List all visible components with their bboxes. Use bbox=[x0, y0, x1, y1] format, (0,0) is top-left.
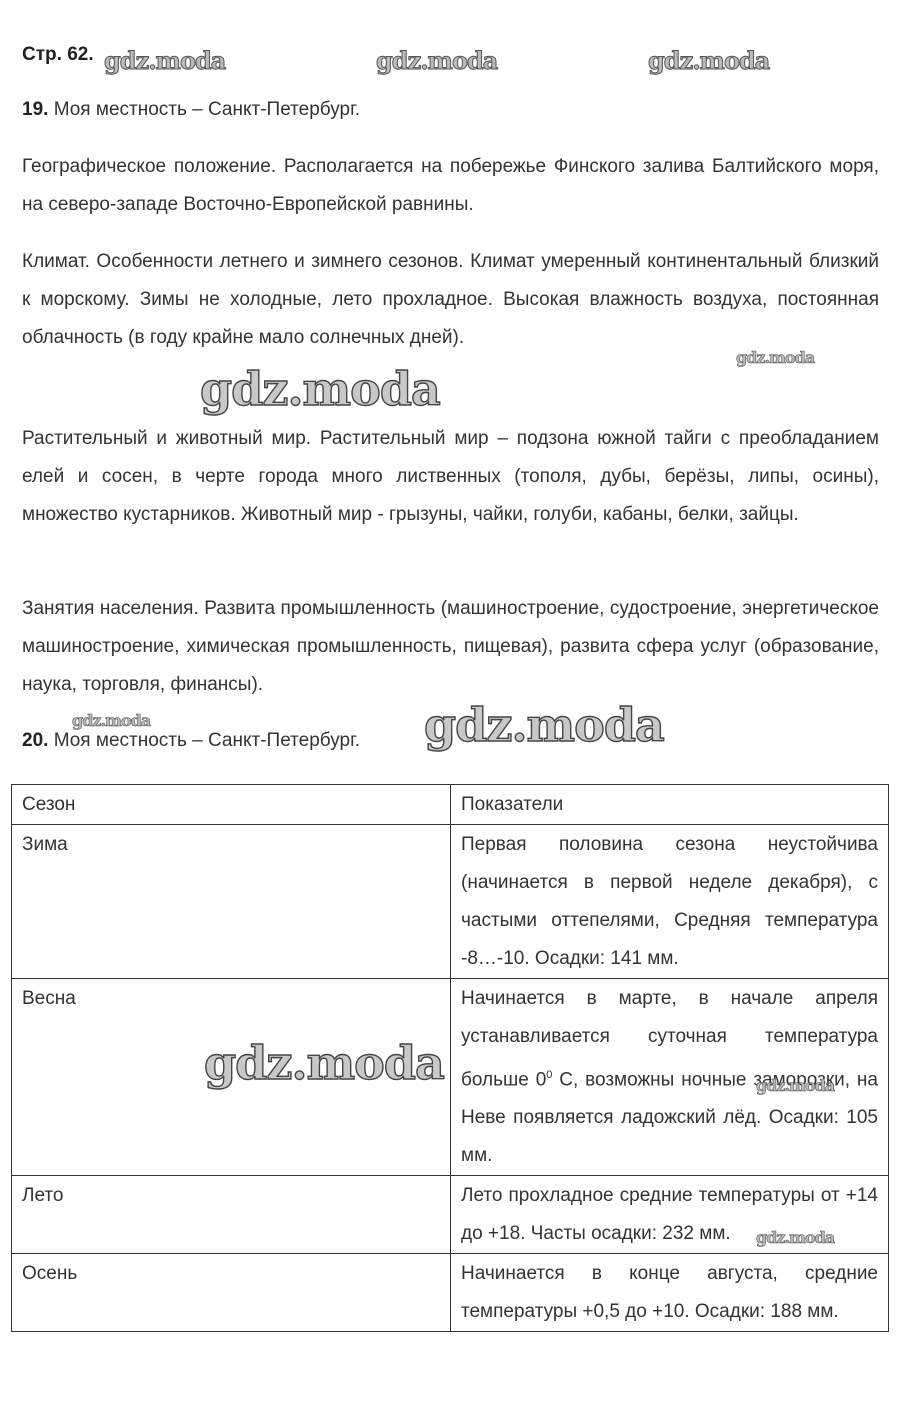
task-19-heading: 19. Моя местность – Санкт-Петербург. bbox=[22, 99, 360, 121]
table-row: Лето Лето прохладное средние температуры… bbox=[12, 1176, 889, 1254]
watermark: gdz.moda bbox=[424, 698, 664, 752]
paragraph-climate: Климат. Особенности летнего и зимнего се… bbox=[22, 243, 879, 357]
watermark: gdz.moda bbox=[104, 46, 225, 75]
season-cell: Зима bbox=[12, 825, 451, 979]
table-header-row: Сезон Показатели bbox=[12, 785, 889, 825]
task-number: 20. bbox=[22, 730, 48, 751]
info-cell: Начинается в марте, в начале апреля уста… bbox=[451, 979, 889, 1176]
season-cell: Лето bbox=[12, 1176, 451, 1254]
paragraph-geography: Географическое положение. Располагается … bbox=[22, 148, 879, 224]
watermark: gdz.moda bbox=[376, 46, 497, 75]
watermark: gdz.moda bbox=[200, 362, 440, 416]
task-number: 19. bbox=[22, 99, 48, 120]
paragraph-occupations: Занятия населения. Развита промышленност… bbox=[22, 590, 879, 704]
task-20-heading: 20. Моя местность – Санкт-Петербург. bbox=[22, 730, 360, 752]
table-row: Весна Начинается в марте, в начале апрел… bbox=[12, 979, 889, 1176]
info-cell: Лето прохладное средние температуры от +… bbox=[451, 1176, 889, 1254]
task-title: Моя местность – Санкт-Петербург. bbox=[54, 99, 360, 120]
season-cell: Осень bbox=[12, 1254, 451, 1332]
page-number: Стр. 62. bbox=[22, 44, 94, 66]
seasons-table: Сезон Показатели Зима Первая половина се… bbox=[11, 784, 889, 1332]
watermark: gdz.moda bbox=[72, 711, 150, 730]
header-indicators: Показатели bbox=[451, 785, 889, 825]
header-season: Сезон bbox=[12, 785, 451, 825]
table-row: Зима Первая половина сезона неустойчива … bbox=[12, 825, 889, 979]
info-cell: Начинается в конце августа, средние темп… bbox=[451, 1254, 889, 1332]
season-cell: Весна bbox=[12, 979, 451, 1176]
table-row: Осень Начинается в конце августа, средни… bbox=[12, 1254, 889, 1332]
task-title: Моя местность – Санкт-Петербург. bbox=[54, 730, 360, 751]
paragraph-flora-fauna: Растительный и животный мир. Растительны… bbox=[22, 420, 879, 534]
info-cell: Первая половина сезона неустойчива (начи… bbox=[451, 825, 889, 979]
watermark: gdz.moda bbox=[648, 46, 769, 75]
